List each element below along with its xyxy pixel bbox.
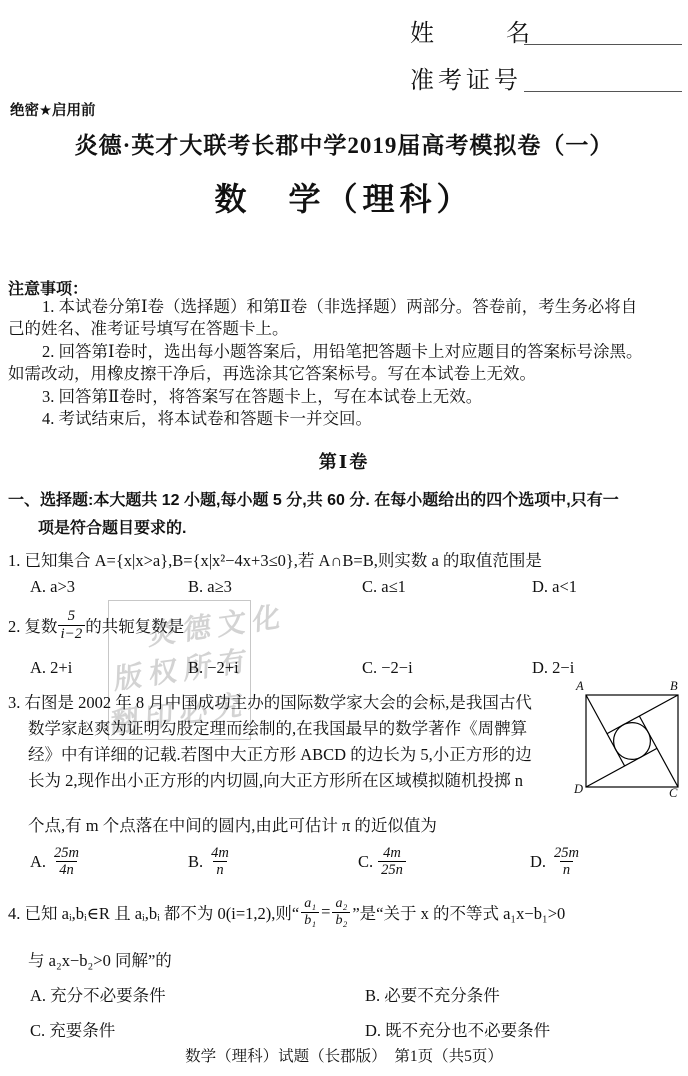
fraction-denominator: b₁ <box>301 912 319 929</box>
question-4-stem-line2: 与 a₂x−b₂>0 同解”的 <box>28 947 172 971</box>
equals-sign: = <box>321 902 330 922</box>
fraction-numerator: 4m <box>208 845 232 861</box>
outer-square <box>586 695 678 787</box>
fraction-denominator: n <box>560 861 573 878</box>
triangle-leg <box>586 748 657 787</box>
choice-instructions-line2: 项是符合题目要求的. <box>38 515 186 538</box>
section-title: 第Ⅰ卷 <box>0 448 688 474</box>
secrecy-label: 绝密★启用前 <box>10 99 96 120</box>
question-3-line: 长为 2,现作出小正方形的内切圆,向大正方形所在区域模拟随机投掷 n <box>28 767 523 791</box>
exam-number-blank-line <box>524 90 682 92</box>
vertex-label-d: D <box>574 782 583 797</box>
option-label: C. <box>358 852 373 872</box>
question-1-stem: 1. 已知集合 A={x|x>a},B={x|x²−4x+3≤0},若 A∩B=… <box>8 547 542 571</box>
fraction: a₁ b₁ <box>301 896 319 928</box>
question-2-stem: 2. 复数 5 i−2 的共轭复数是 <box>8 608 184 643</box>
question-2-stem-suffix: 的共轭复数是 <box>85 613 184 637</box>
fraction-numerator: 5 <box>65 608 79 625</box>
fraction: 5 i−2 <box>58 608 86 643</box>
question-1-option-c: C. a≤1 <box>362 577 406 597</box>
question-3-line: 3. 右图是 2002 年 8 月中国成功主办的国际数学家大会的会标,是我国古代 <box>8 689 532 713</box>
question-3-option-b: B. 4m n <box>188 845 232 878</box>
question-3-line: 经》中有详细的记载.若图中大正方形 ABCD 的边长为 5,小正方形的边 <box>28 741 532 765</box>
fraction-denominator: 25n <box>378 861 406 878</box>
notice-line: 1. 本试卷分第Ⅰ卷（选择题）和第Ⅱ卷（非选择题）两部分。答卷前，考生务必将自 <box>42 299 637 316</box>
triangle-leg <box>586 695 625 766</box>
triangle-leg <box>639 716 678 787</box>
vertex-label-a: A <box>576 679 584 694</box>
question-2-option-a: A. 2+i <box>30 658 72 678</box>
question-3-line: 数学家赵爽为证明勾股定理而绘制的,在我国最早的数学著作《周髀算 <box>28 715 527 739</box>
fraction-numerator: 4m <box>380 845 404 861</box>
question-2-option-c: C. −2−i <box>362 658 413 678</box>
fraction: 25m 4n <box>51 845 82 878</box>
fraction: 4m n <box>208 845 232 878</box>
triangle-leg <box>607 695 678 734</box>
question-4-option-c: C. 充要条件 <box>30 1017 115 1041</box>
notice-line: 如需改动，用橡皮擦干净后，再选涂其它答案标号。写在本试卷上无效。 <box>8 366 536 383</box>
question-3-option-c: C. 4m 25n <box>358 845 406 878</box>
fraction-denominator: 4n <box>56 861 77 878</box>
fraction: a₂ b₂ <box>332 896 350 928</box>
question-1-option-a: A. a>3 <box>30 577 75 597</box>
name-blank-line <box>524 43 682 45</box>
question-4-stem: 4. 已知 aᵢ,bᵢ∈R 且 aᵢ,bᵢ 都不为 0(i=1,2),则“ a₁… <box>8 896 565 928</box>
name-field-label: 姓 名 <box>410 13 532 48</box>
fraction-numerator: 25m <box>551 845 582 861</box>
notice-line: 3. 回答第Ⅱ卷时，将答案写在答题卡上，写在本试卷上无效。 <box>42 389 482 406</box>
question-4-option-b: B. 必要不充分条件 <box>365 982 500 1006</box>
option-label: A. <box>30 852 46 872</box>
vertex-label-c: C <box>669 786 677 801</box>
notice-heading: 注意事项： <box>8 276 88 299</box>
question-2-option-d: D. 2−i <box>532 658 574 678</box>
question-2-stem-prefix: 2. 复数 <box>8 613 58 637</box>
fraction-denominator: i−2 <box>58 625 86 643</box>
question-3-line: 个点,有 m 个点落在中间的圆内,由此可估计 π 的近似值为 <box>28 812 437 836</box>
question-1-option-b: B. a≥3 <box>188 577 232 597</box>
subject-title: 数 学（理科） <box>0 174 688 220</box>
question-4-option-d: D. 既不充分也不必要条件 <box>365 1017 550 1041</box>
question-3-option-a: A. 25m 4n <box>30 845 82 878</box>
fraction-denominator: n <box>213 861 226 878</box>
exam-number-field-label: 准考证号 <box>410 60 522 95</box>
option-label: D. <box>530 852 546 872</box>
question-3-option-d: D. 25m n <box>530 845 582 878</box>
notice-line: 2. 回答第Ⅰ卷时，选出每小题答案后，用铅笔把答题卡上对应题目的答案标号涂黑。 <box>42 344 643 361</box>
notice-line: 己的姓名、准考证号填写在答题卡上。 <box>8 321 289 338</box>
option-label: B. <box>188 852 203 872</box>
fraction-numerator: a₂ <box>332 896 350 912</box>
question-4-stem-part2: ”是“关于 x 的不等式 a₁x−b₁>0 <box>352 900 565 924</box>
notice-line: 4. 考试结束后，将本试卷和答题卡一并交回。 <box>42 411 372 428</box>
page-footer: 数学（理科）试题（长郡版） 第1页（共5页） <box>0 1044 688 1066</box>
vertex-label-b: B <box>670 679 678 694</box>
exam-paper-page: 炎德文化 版权所有 翻印必究 姓 名 准考证号 绝密★启用前 炎德·英才大联考长… <box>0 0 688 1076</box>
choice-instructions-line1: 一、选择题:本大题共 12 小题,每小题 5 分,共 60 分. 在每小题给出的… <box>8 487 619 510</box>
question-4-stem-part1: 4. 已知 aᵢ,bᵢ∈R 且 aᵢ,bᵢ 都不为 0(i=1,2),则“ <box>8 900 299 924</box>
fraction: 25m n <box>551 845 582 878</box>
question-1-option-d: D. a<1 <box>532 577 577 597</box>
fraction-numerator: a₁ <box>301 896 319 912</box>
question-2-option-b: B. −2+i <box>188 658 239 678</box>
exam-series-title: 炎德·英才大联考长郡中学2019届高考模拟卷（一） <box>0 127 688 160</box>
zhao-shuang-hypotenuse-diagram: A B D C <box>574 679 688 805</box>
fraction-denominator: b₂ <box>332 912 350 929</box>
question-4-option-a: A. 充分不必要条件 <box>30 982 166 1006</box>
fraction: 4m 25n <box>378 845 406 878</box>
inscribed-circle <box>614 723 651 760</box>
fraction-numerator: 25m <box>51 845 82 861</box>
